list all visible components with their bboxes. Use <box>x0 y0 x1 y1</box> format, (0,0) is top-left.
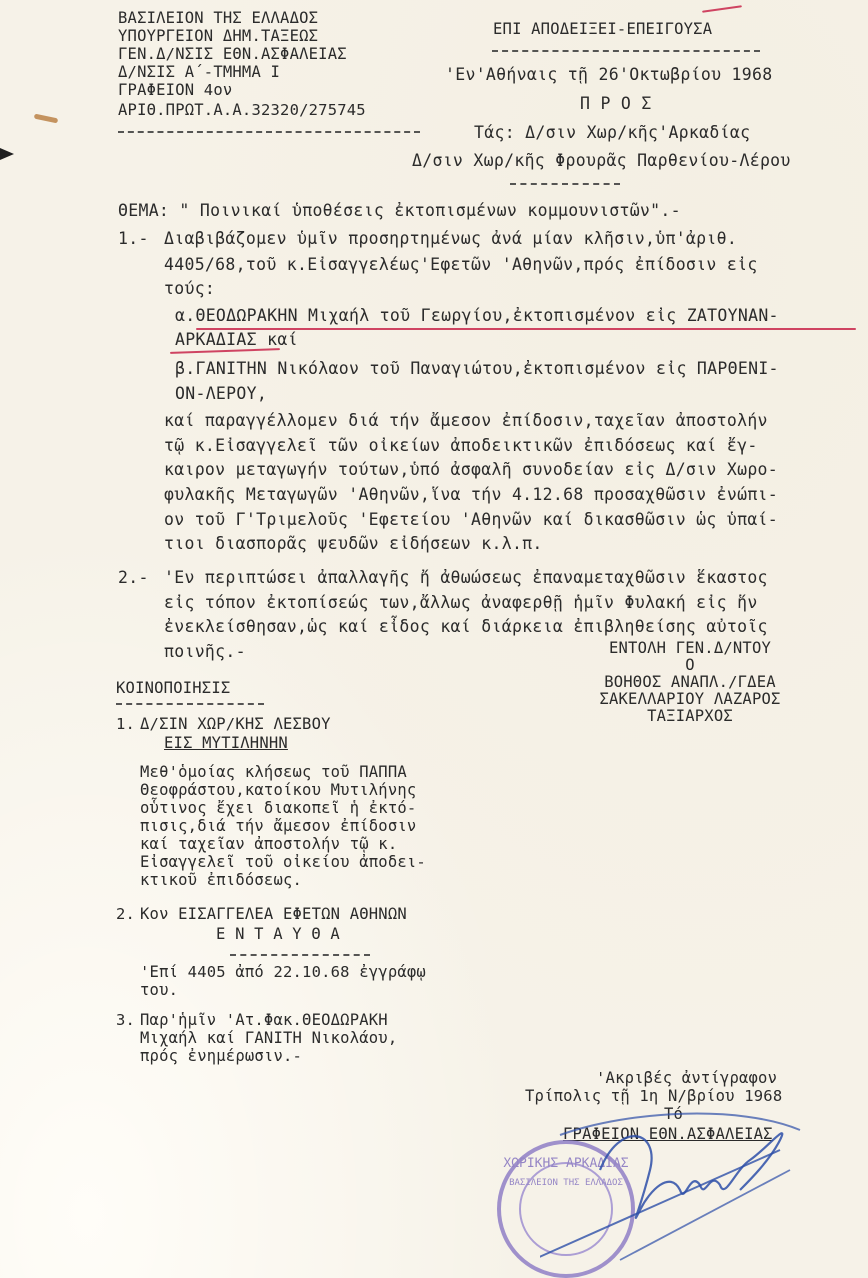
paragraph-number: 2.- <box>118 569 149 586</box>
paragraph-line: καιρον μεταγωγήν τούτων,ὑπό ἀσφαλῆ συνοδ… <box>164 461 778 478</box>
certification-line: Τρίπολις τῇ 1η Ν/βρίου 1968 <box>525 1088 782 1105</box>
signature-line: ΒΟΗΘΟΣ ΑΝΑΠΛ./ΓΔΕΑ <box>520 674 860 691</box>
distribution-line: πρός ἐνημέρωσιν.- <box>140 1048 302 1065</box>
distribution-line: πισις,διά τήν ἄμεσον ἐπίδοσιν <box>140 818 416 835</box>
subject-line: ΘΕΜΑ: " Ποινικαί ὑποθέσεις ἐκτοπισμένων … <box>118 202 681 219</box>
item-a-line: ΑΡΚΑΔΙΑΣ καί <box>175 331 298 348</box>
header-line: ΒΑΣΙΛΕΙΟΝ ΤΗΣ ΕΛΛΑΔΟΣ <box>118 10 318 27</box>
paragraph-line: Διαβιβάζομεν ὑμῖν προσηρτημένως ἀνά μίαν… <box>164 230 737 247</box>
header-line: ΓΕΝ.Δ/ΝΣΙΣ ΕΘΝ.ΑΣΦΑΛΕΙΑΣ <box>118 46 347 63</box>
paragraph-line: τούς: <box>164 280 215 297</box>
item-a-line: α.ΘΕΟΔΩΡΑΚΗΝ Μιχαήλ τοῦ Γεωργίου,ἐκτοπισ… <box>175 307 779 324</box>
paragraph-line: ἐνεκλείσθησαν,ὡς καί εἶδος καί διάρκεια … <box>164 618 768 635</box>
paragraph-line: τιοι διασπορᾶς ψευδῶν εἰδήσεων κ.λ.π. <box>164 535 543 552</box>
distribution-line: 'Επί 4405 ἀπό 22.10.68 ἐγγράφῳ <box>140 964 426 981</box>
handwritten-signature <box>540 1110 840 1278</box>
paper-stain <box>34 114 59 124</box>
distribution-heading: Δ/ΣΙΝ ΧΩΡ/ΚΗΣ ΛΕΣΒΟΥ <box>140 716 331 733</box>
red-underline <box>196 328 856 330</box>
paragraph-line: 'Εν περιπτώσει ἀπαλλαγῆς ἤ ἀθωώσεως ἐπαν… <box>164 569 768 586</box>
recipient-line: Τάς: Δ/σιν Χωρ/κῆς'Αρκαδίας <box>474 124 750 141</box>
signature-line: ΕΝΤΟΛΗ ΓΕΝ.Δ/ΝΤΟΥ <box>520 640 860 657</box>
protocol-number: ΑΡΙΘ.ΠΡΩΤ.Α.Α.32320/275745 <box>118 102 366 119</box>
item-b-line: β.ΓΑΝΙΤΗΝ Νικόλαον τοῦ Παναγιώτου,ἐκτοπι… <box>175 360 779 377</box>
certification-line: 'Ακριβές ἀντίγραφον <box>596 1070 777 1087</box>
distribution-subheading: Ε Ν Τ Α Υ Θ Α <box>216 926 340 943</box>
distribution-number: 3. <box>116 1012 135 1029</box>
divider <box>510 183 620 185</box>
distribution-line: Θεοφράστου,κατοίκου Μυτιλήνης <box>140 782 416 799</box>
distribution-heading: Κον ΕΙΣΑΓΓΕΛΕΑ ΕΦΕΤΩΝ ΑΘΗΝΩΝ <box>140 906 407 923</box>
signature-line: Ο <box>520 657 860 674</box>
paragraph-line: τῷ κ.Εἰσαγγελεῖ τῶν οἰκείων ἀποδεικτικῶν… <box>164 437 758 454</box>
paragraph-line: καί παραγγέλλομεν διά τήν ἄμεσον ἐπίδοσι… <box>164 412 768 429</box>
recipient-line: Δ/σιν Χωρ/κῆς Φρουρᾶς Παρθενίου-Λέρου <box>412 152 791 169</box>
signature-block: ΕΝΤΟΛΗ ΓΕΝ.Δ/ΝΤΟΥ Ο ΒΟΗΘΟΣ ΑΝΑΠΛ./ΓΔΕΑ Σ… <box>520 640 860 725</box>
divider <box>116 703 264 705</box>
paragraph-line: 4405/68,τοῦ κ.Εἰσαγγελέως'Εφετῶν 'Αθηνῶν… <box>164 256 758 273</box>
distribution-line: οὗτινος ἔχει διακοπεῖ ἡ ἐκτό- <box>140 800 416 817</box>
scanned-document: ΒΑΣΙΛΕΙΟΝ ΤΗΣ ΕΛΛΑΔΟΣ ΥΠΟΥΡΓΕΙΟΝ ΔΗΜ.ΤΑΞ… <box>0 0 868 1278</box>
distribution-subheading: ΕΙΣ ΜΥΤΙΛΗΝΗΝ <box>164 735 288 752</box>
classification-label: ΕΠΙ ΑΠΟΔΕΙΞΕΙ-ΕΠΕΙΓΟΥΣΑ <box>493 21 712 38</box>
distribution-line: Μεθ'ὁμοίας κλήσεως τοῦ ΠΑΠΠΑ <box>140 764 407 781</box>
distribution-title: ΚΟΙΝΟΠΟΙΗΣΙΣ <box>116 680 230 697</box>
distribution-line: Μιχαήλ καί ΓΑΝΙΤΗ Νικολάου, <box>140 1030 397 1047</box>
date-line: 'Εν'Αθήναις τῇ 26'Οκτωβρίου 1968 <box>445 66 772 83</box>
binder-hole-mark <box>0 148 14 160</box>
pros-label: Π Ρ Ο Σ <box>580 95 652 112</box>
paragraph-line: ον τοῦ Γ'Τριμελοῦς 'Εφετείου 'Αθηνῶν καί… <box>164 511 778 528</box>
paragraph-line: φυλακῆς Μεταγωγῶν 'Αθηνῶν,ἵνα τήν 4.12.6… <box>164 486 778 503</box>
divider <box>118 131 420 133</box>
paragraph-line: ποινῆς.- <box>164 643 246 660</box>
divider <box>492 50 760 52</box>
distribution-number: 1. <box>116 716 135 733</box>
distribution-heading: Παρ'ἡμῖν 'Ατ.Φακ.ΘΕΟΔΩΡΑΚΗ <box>140 1012 388 1029</box>
distribution-line: καί ταχεῖαν ἀποστολήν τῷ κ. <box>140 836 397 853</box>
distribution-line: Εἰσαγγελεῖ τοῦ οἰκείου ἀποδει- <box>140 854 426 871</box>
item-b-line: ΟΝ-ΛΕΡΟΥ, <box>175 385 267 402</box>
distribution-line: του. <box>140 982 178 999</box>
distribution-number: 2. <box>116 906 135 923</box>
header-line: ΓΡΑΦΕΙΟΝ 4ον <box>118 82 232 99</box>
distribution-line: κτικοῦ ἐπιδόσεως. <box>140 872 302 889</box>
divider <box>230 954 370 956</box>
paragraph-number: 1.- <box>118 230 149 247</box>
signatory-rank: ΤΑΞΙΑΡΧΟΣ <box>520 708 860 725</box>
signatory-name: ΣΑΚΕΛΛΑΡΙΟΥ ΛΑΖΑΡΟΣ <box>520 691 860 708</box>
header-line: Δ/ΝΣΙΣ Α΄-ΤΜΗΜΑ Ι <box>118 64 280 81</box>
paragraph-line: εἰς τόπον ἐκτοπίσεώς των,ἄλλως ἀναφερθῇ … <box>164 594 758 611</box>
header-line: ΥΠΟΥΡΓΕΙΟΝ ΔΗΜ.ΤΑΞΕΩΣ <box>118 28 318 45</box>
red-pen-mark <box>702 5 742 13</box>
